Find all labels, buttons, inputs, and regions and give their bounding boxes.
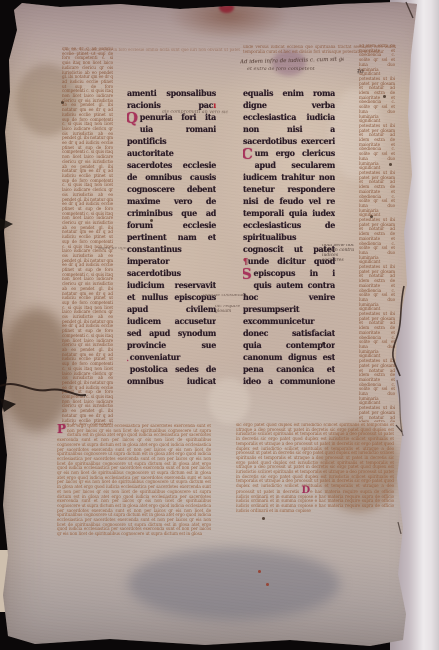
tears-and-cracks <box>0 0 439 650</box>
manuscript-photo: et hoc non obstat quia in foro ecclesie … <box>0 0 439 650</box>
